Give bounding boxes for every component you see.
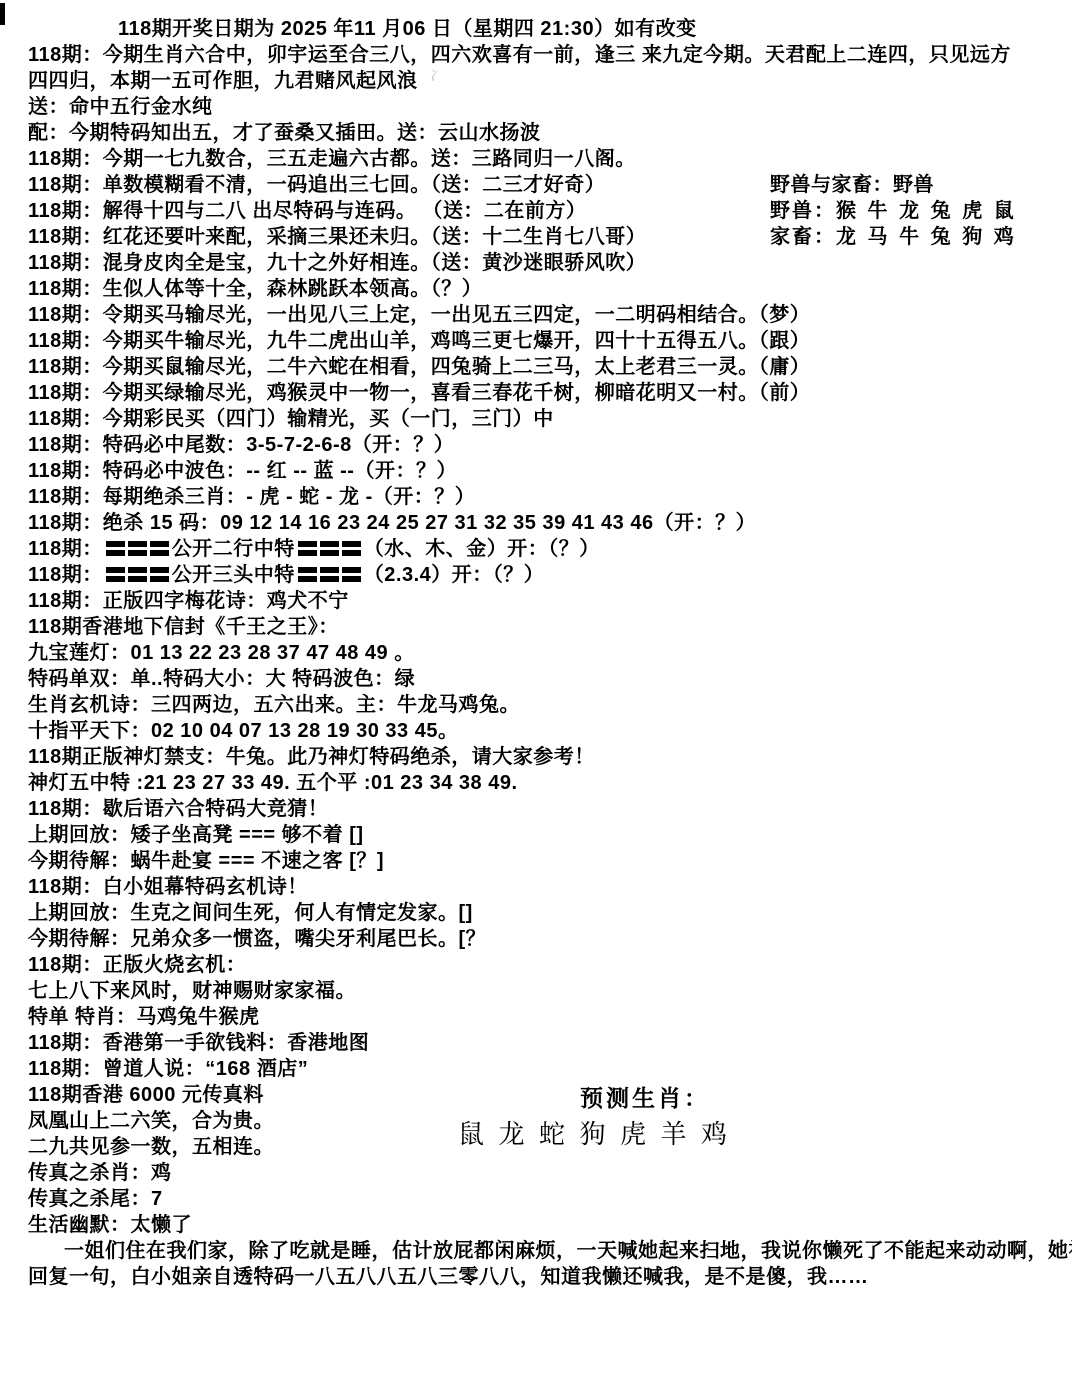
- text-line: 今期待解：蜗牛赴宴 === 不速之客 [？]: [28, 848, 1066, 874]
- double-bar-unit: [150, 541, 169, 556]
- line-text: 118期：令期买马输尽光，一出见八三上定，一出见五三四定，一二明码相结合。（梦）: [28, 304, 810, 326]
- line-text: 118期：今期彩民买（四门）输精光，买（一门，三门）中: [28, 408, 554, 430]
- double-bar-blocks-icon: [298, 541, 361, 556]
- text-line: 118期：公开三头中特（2.3.4）开：（？）: [28, 562, 1066, 588]
- line-text: 特单 特肖：马鸡兔牛猴虎: [28, 1006, 260, 1028]
- text-line: 118期：今期一七九数合，三五走遍六古都。送：三路同归一八阁。: [28, 146, 1066, 172]
- line-text: 今期待解：蜗牛赴宴 === 不速之客 [？]: [28, 850, 384, 872]
- line-text: 七上八下来风时，财神赐财家家福。: [28, 980, 356, 1002]
- double-bar-unit: [106, 567, 125, 582]
- text-line: 118期：正版火烧玄机：: [28, 952, 1066, 978]
- text-line: 一姐们住在我们家，除了吃就是睡，估计放屁都闲麻烦，一天喊她起来扫地，我说你懒死了…: [28, 1238, 1066, 1264]
- line-text: 118期：正版四字梅花诗：鸡犬不宁: [28, 590, 349, 612]
- text-line: 118期香港地下信封《千王之王》：: [28, 614, 1066, 640]
- text-line: 传真之杀肖：鸡: [28, 1160, 1066, 1186]
- line-text: 118期：: [28, 538, 103, 560]
- text-line: 118期：今期生肖六合中，卯宇运至合三八，四六欢喜有一前，逢三 来九定今期。天君…: [28, 42, 1066, 68]
- text-line: 118期：白小姐幕特码玄机诗！: [28, 874, 1066, 900]
- double-bar-unit: [320, 567, 339, 582]
- domestic-animals-list: 家畜：龙 马 牛 兔 狗 鸡: [770, 224, 1016, 250]
- line-text: 118期：解得十四与二八 出尽特码与连码。 （送：二在前方）: [28, 200, 586, 222]
- scan-artifact: 冫: [430, 63, 444, 89]
- text-line: 118期：香港第一手欲钱料：香港地图: [28, 1030, 1066, 1056]
- scan-corner-mark: [0, 3, 5, 25]
- double-bar-unit: [106, 541, 125, 556]
- line-text: 118期：今期买绿输尽光，鸡猴灵中一物一，喜看三春花千树，柳暗花明又一村。（前）: [28, 382, 810, 404]
- line-text: 凤凰山上二六笑，合为贵。: [28, 1110, 274, 1132]
- prediction-zodiac-list: 鼠 龙 蛇 狗 虎 羊 鸡: [458, 1122, 729, 1148]
- text-line: 118期香港 6000 元传真料预测生肖：: [28, 1082, 1066, 1108]
- text-line: 特单 特肖：马鸡兔牛猴虎: [28, 1004, 1066, 1030]
- line-text: 生活幽默：太懒了: [28, 1214, 192, 1236]
- text-line: 生活幽默：太懒了: [28, 1212, 1066, 1238]
- line-text: 118期：红花还要叶来配，采摘三果还未归。（送：十二生肖七八哥）: [28, 226, 646, 248]
- line-text: 二九共见参一数，五相连。: [28, 1136, 274, 1158]
- line-text: 118期：今期买鼠输尽光，二牛六蛇在相看，四兔骑上二三马，太上老君三一灵。（庸）: [28, 356, 810, 378]
- wild-beasts-list: 野兽：猴 牛 龙 兔 虎 鼠: [770, 198, 1016, 224]
- text-line: 118期：每期绝杀三肖：- 虎 - 蛇 - 龙 -（开：？）: [28, 484, 1066, 510]
- line-text: 公开三头中特: [172, 564, 295, 586]
- line-text: 上期回放：矮子坐高凳 === 够不着 []: [28, 824, 364, 846]
- text-line: 118期：今期买绿输尽光，鸡猴灵中一物一，喜看三春花千树，柳暗花明又一村。（前）: [28, 380, 1066, 406]
- text-line: 118期：今期彩民买（四门）输精光，买（一门，三门）中: [28, 406, 1066, 432]
- double-bar-unit: [342, 541, 361, 556]
- text-line: 118期：解得十四与二八 出尽特码与连码。 （送：二在前方）野兽：猴 牛 龙 兔…: [28, 198, 1066, 224]
- line-text: 118期：今期一七九数合，三五走遍六古都。送：三路同归一八阁。: [28, 148, 636, 170]
- line-text: 一姐们住在我们家，除了吃就是睡，估计放屁都闲麻烦，一天喊她起来扫地，我说你懒死了…: [64, 1240, 1072, 1262]
- double-bar-unit: [320, 541, 339, 556]
- double-bar-unit: [150, 567, 169, 582]
- text-line: 神灯五中特 :21 23 27 33 49. 五个平 :01 23 34 38 …: [28, 770, 1066, 796]
- line-text: 十指平天下：02 10 04 07 13 28 19 30 33 45。: [28, 720, 458, 742]
- text-line: 上期回放：矮子坐高凳 === 够不着 []: [28, 822, 1066, 848]
- text-line: 118期开奖日期为 2025 年11 月06 日（星期四 21:30）如有改变: [28, 16, 1066, 42]
- line-text: 配：今期特码知出五，才了蚕桑又插田。送：云山水扬波: [28, 122, 541, 144]
- text-line: 118期：生似人体等十全，森林跳跃本领高。（？）: [28, 276, 1066, 302]
- text-line: 118期：特码必中波色：-- 红 -- 蓝 --（开：？）: [28, 458, 1066, 484]
- text-line: 118期：混身皮肉全是宝，九十之外好相连。（送：黄沙迷眼骄风吹）: [28, 250, 1066, 276]
- text-line: 118期：歇后语六合特码大竞猜！: [28, 796, 1066, 822]
- line-text: 四四归，本期一五可作胆，九君赌风起风浪: [28, 70, 418, 92]
- line-text: 118期：: [28, 564, 103, 586]
- text-line: 十指平天下：02 10 04 07 13 28 19 30 33 45。: [28, 718, 1066, 744]
- double-bar-unit: [342, 567, 361, 582]
- text-line: 二九共见参一数，五相连。鼠 龙 蛇 狗 虎 羊 鸡: [28, 1134, 1066, 1160]
- line-text: 公开二行中特: [172, 538, 295, 560]
- text-line: 118期：今期买鼠输尽光，二牛六蛇在相看，四兔骑上二三马，太上老君三一灵。（庸）: [28, 354, 1066, 380]
- text-line: 送：命中五行金水纯: [28, 94, 1066, 120]
- text-line: 118期：正版四字梅花诗：鸡犬不宁: [28, 588, 1066, 614]
- double-bar-unit: [298, 567, 317, 582]
- text-line: 118期正版神灯禁支：牛兔。此乃神灯特码绝杀，请大家参考！: [28, 744, 1066, 770]
- text-line: 118期：令期买马输尽光，一出见八三上定，一出见五三四定，一二明码相结合。（梦）: [28, 302, 1066, 328]
- line-text: 118期香港 6000 元传真料: [28, 1084, 264, 1106]
- line-text: 118期：单数模糊看不清，一码追出三七回。（送：二三才好奇）: [28, 174, 605, 196]
- line-text: 传真之杀肖：鸡: [28, 1162, 172, 1184]
- text-line: 生肖玄机诗：三四两边，五六出来。主：牛龙马鸡兔。: [28, 692, 1066, 718]
- lottery-tip-sheet-page: 118期开奖日期为 2025 年11 月06 日（星期四 21:30）如有改变1…: [0, 0, 1072, 1388]
- text-lines-container: 118期开奖日期为 2025 年11 月06 日（星期四 21:30）如有改变1…: [28, 16, 1066, 1290]
- line-text: 特码单双：单..特码大小：大 特码波色：绿: [28, 668, 415, 690]
- line-text: 118期：特码必中尾数：3-5-7-2-6-8（开：？）: [28, 434, 454, 456]
- double-bar-blocks-icon: [106, 541, 169, 556]
- line-text: 118期：混身皮肉全是宝，九十之外好相连。（送：黄沙迷眼骄风吹）: [28, 252, 646, 274]
- line-text: 118期：每期绝杀三肖：- 虎 - 蛇 - 龙 -（开：？）: [28, 486, 475, 508]
- text-line: 上期回放：生克之间问生死，何人有情定发家。[]: [28, 900, 1066, 926]
- line-text: 118期：今期买牛输尽光，九牛二虎出山羊，鸡鸣三更七爆开，四十十五得五八。（跟）: [28, 330, 810, 352]
- line-text: 118期：今期生肖六合中，卯宇运至合三八，四六欢喜有一前，逢三 来九定今期。天君…: [28, 44, 1011, 66]
- text-line: 九宝莲灯：01 13 22 23 28 37 47 48 49 。: [28, 640, 1066, 666]
- line-text: 118期：曾道人说：“168 酒店”: [28, 1058, 308, 1080]
- text-line: 特码单双：单..特码大小：大 特码波色：绿: [28, 666, 1066, 692]
- line-text: 118期香港地下信封《千王之王》：: [28, 616, 339, 638]
- text-line: 118期：绝杀 15 码：09 12 14 16 23 24 25 27 31 …: [28, 510, 1066, 536]
- double-bar-unit: [298, 541, 317, 556]
- text-line: 118期：今期买牛输尽光，九牛二虎出山羊，鸡鸣三更七爆开，四十十五得五八。（跟）: [28, 328, 1066, 354]
- line-text: 今期待解：兄弟众多一惯盗，嘴尖牙利尾巴长。[？: [28, 928, 486, 950]
- line-text: 送：命中五行金水纯: [28, 96, 213, 118]
- text-line: 118期：单数模糊看不清，一码追出三七回。（送：二三才好奇）野兽与家畜：野兽: [28, 172, 1066, 198]
- text-line: 118期：特码必中尾数：3-5-7-2-6-8（开：？）: [28, 432, 1066, 458]
- line-text: 上期回放：生克之间问生死，何人有情定发家。[]: [28, 902, 473, 924]
- line-text: 神灯五中特 :21 23 27 33 49. 五个平 :01 23 34 38 …: [28, 772, 518, 794]
- line-text: 回复一句，白小姐亲自透特码一八五八八五八三零八八，知道我懒还喊我，是不是傻，我……: [28, 1266, 869, 1288]
- line-text: 118期正版神灯禁支：牛兔。此乃神灯特码绝杀，请大家参考！: [28, 746, 595, 768]
- text-line: 七上八下来风时，财神赐财家家福。: [28, 978, 1066, 1004]
- line-text: 118期：白小姐幕特码玄机诗！: [28, 876, 308, 898]
- text-line: 四四归，本期一五可作胆，九君赌风起风浪冫: [28, 68, 1066, 94]
- line-text: （2.3.4）开：（？）: [364, 564, 544, 586]
- double-bar-unit: [128, 541, 147, 556]
- double-bar-blocks-icon: [298, 567, 361, 582]
- text-line: 传真之杀尾：7: [28, 1186, 1066, 1212]
- text-line: 118期：红花还要叶来配，采摘三果还未归。（送：十二生肖七八哥）家畜：龙 马 牛…: [28, 224, 1066, 250]
- text-line: 回复一句，白小姐亲自透特码一八五八八五八三零八八，知道我懒还喊我，是不是傻，我……: [28, 1264, 1066, 1290]
- line-text: 生肖玄机诗：三四两边，五六出来。主：牛龙马鸡兔。: [28, 694, 520, 716]
- line-text: 九宝莲灯：01 13 22 23 28 37 47 48 49 。: [28, 642, 415, 664]
- double-bar-unit: [128, 567, 147, 582]
- line-text: 118期：特码必中波色：-- 红 -- 蓝 --（开：？）: [28, 460, 457, 482]
- line-text: 118期：生似人体等十全，森林跳跃本领高。（？）: [28, 278, 482, 300]
- text-line: 配：今期特码知出五，才了蚕桑又插田。送：云山水扬波: [28, 120, 1066, 146]
- line-text: 118期：绝杀 15 码：09 12 14 16 23 24 25 27 31 …: [28, 512, 756, 534]
- line-text: 118期：正版火烧玄机：: [28, 954, 246, 976]
- beast-domestic-header: 野兽与家畜：野兽: [770, 172, 934, 198]
- double-bar-blocks-icon: [106, 567, 169, 582]
- text-line: 今期待解：兄弟众多一惯盗，嘴尖牙利尾巴长。[？: [28, 926, 1066, 952]
- text-line: 118期：曾道人说：“168 酒店”: [28, 1056, 1066, 1082]
- line-text: 118期开奖日期为 2025 年11 月06 日（星期四 21:30）如有改变: [118, 18, 697, 40]
- line-text: （水、木、金）开：（？）: [364, 538, 600, 560]
- line-text: 118期：香港第一手欲钱料：香港地图: [28, 1032, 369, 1054]
- text-line: 118期：公开二行中特（水、木、金）开：（？）: [28, 536, 1066, 562]
- line-text: 118期：歇后语六合特码大竞猜！: [28, 798, 328, 820]
- line-text: 传真之杀尾：7: [28, 1188, 163, 1210]
